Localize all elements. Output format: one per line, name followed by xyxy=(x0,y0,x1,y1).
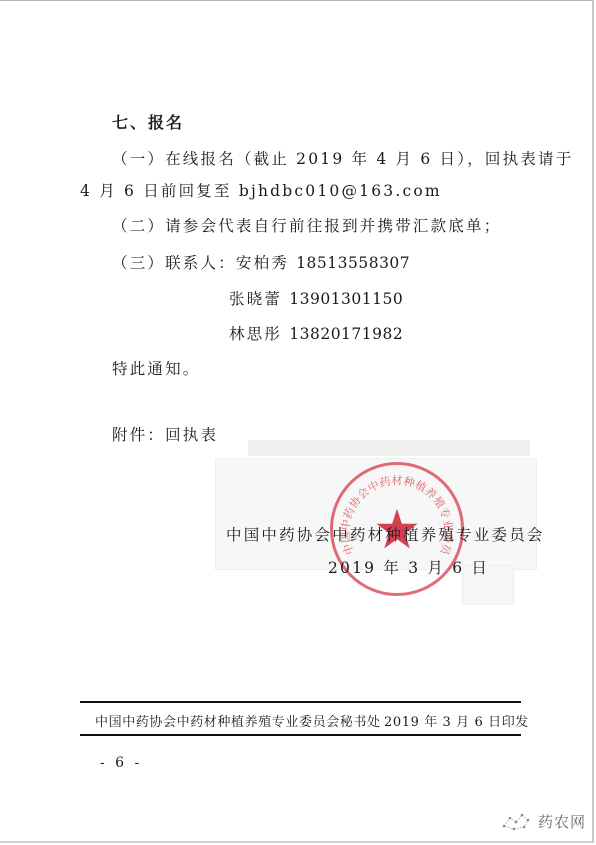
item-2: （二）请参会代表自行前往报到并携带汇款底单； xyxy=(112,216,501,236)
contact-name: 张晓蕾 xyxy=(229,290,282,308)
contact-phone: 18513558307 xyxy=(296,254,410,272)
item-1-label: （一） xyxy=(112,150,165,168)
page-number: - 6 - xyxy=(100,755,142,771)
contact-name: 安柏秀 xyxy=(236,254,289,272)
contact-phone: 13820171982 xyxy=(289,325,403,343)
contact-row: 张晓蕾 13901301150 xyxy=(229,289,403,309)
contact-row: 林思彤 13820171982 xyxy=(229,324,403,344)
item-2-text: 请参会代表自行前往报到并携带汇款底单； xyxy=(165,217,501,235)
constellation-logo-icon xyxy=(500,810,534,832)
bleed-through-band xyxy=(248,440,530,456)
section-heading: 七、报名 xyxy=(112,113,184,133)
item-2-label: （二） xyxy=(112,217,165,235)
item-1: （一）在线报名（截止 2019 年 4 月 6 日），回执表请于 xyxy=(112,149,573,169)
contact-name: 林思彤 xyxy=(229,325,282,343)
watermark-label: 药农网 xyxy=(538,811,586,832)
closing-text: 特此通知。 xyxy=(112,359,201,379)
signature-date: 2019 年 3 月 6 日 xyxy=(328,556,489,578)
footer-top-rule xyxy=(80,701,521,703)
item-1-continuation: 4 月 6 日前回复至 bjhdbc010@163.com xyxy=(80,181,442,201)
footer-bottom-rule xyxy=(80,734,521,736)
signature-organization: 中国中药协会中药材种植养殖专业委员会 xyxy=(226,523,545,545)
contacts-label: 联系人： xyxy=(165,254,236,272)
footer-issuer: 中国中药协会中药材种植养殖专业委员会秘书处 xyxy=(95,711,381,730)
footer-issue-date: 2019 年 3 月 6 日印发 xyxy=(384,711,529,730)
watermark: 药农网 xyxy=(500,810,586,832)
contact-phone: 13901301150 xyxy=(289,290,403,308)
item-1-text: 在线报名（截止 2019 年 4 月 6 日），回执表请于 xyxy=(165,150,573,168)
attachment-text: 附件：回执表 xyxy=(112,425,218,445)
item-3: （三）联系人：安柏秀 18513558307 xyxy=(112,253,410,273)
item-3-label: （三） xyxy=(112,254,165,272)
